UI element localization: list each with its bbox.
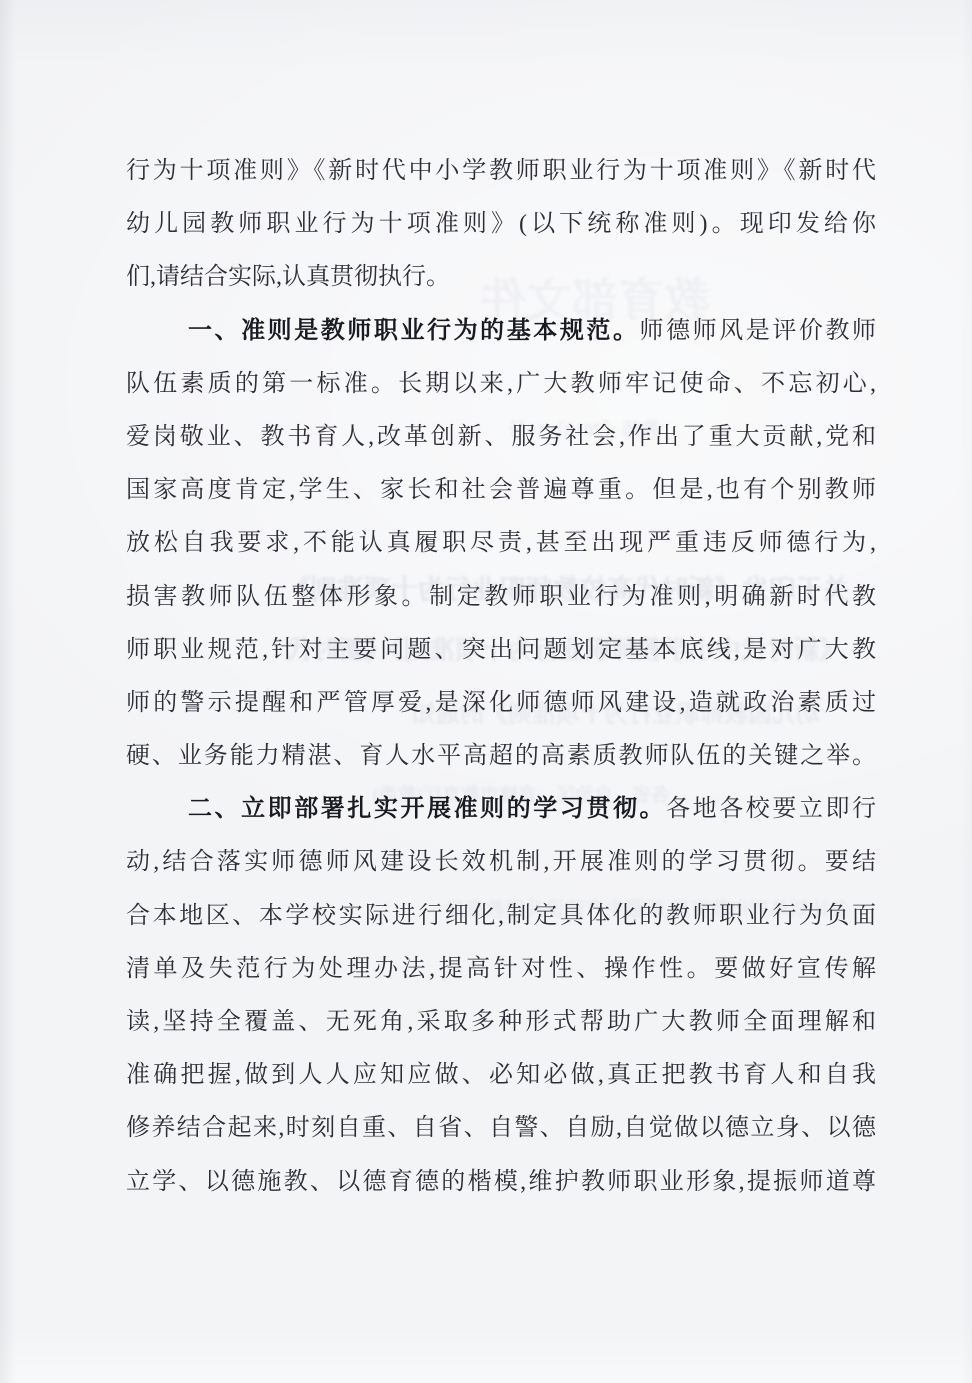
- text-line: 一、准则是教师职业行为的基本规范。师德师风是评价教师: [126, 305, 876, 358]
- line-text: 硬、业务能力精湛、育人水平高超的高素质教师队伍的关键之举。: [126, 743, 876, 769]
- section-heading-1: 一、准则是教师职业行为的基本规范。: [188, 318, 640, 344]
- text-line: 准确把握,做到人人应知应做、必知必做,真正把教书育人和自我: [126, 1049, 876, 1102]
- line-text: 损害教师队伍整体形象。制定教师职业行为准则,明确新时代教: [126, 584, 876, 610]
- text-line: 幼儿园教师职业行为十项准则》(以下统称准则)。现印发给你: [126, 198, 876, 251]
- line-text: 修养结合起来,时刻自重、自省、自警、自励,自觉做以德立身、以德: [126, 1115, 876, 1141]
- text-line: 修养结合起来,时刻自重、自省、自警、自励,自觉做以德立身、以德: [126, 1102, 876, 1155]
- line-text: 爱岗敬业、教书育人,改革创新、服务社会,作出了重大贡献,党和: [126, 424, 876, 450]
- text-line: 们,请结合实际,认真贯彻执行。: [126, 251, 876, 304]
- text-line: 放松自我要求,不能认真履职尽责,甚至出现严重违反师德行为,: [126, 517, 876, 570]
- line-text: 准确把握,做到人人应知应做、必知必做,真正把教书育人和自我: [126, 1062, 876, 1088]
- text-line: 队伍素质的第一标准。长期以来,广大教师牢记使命、不忘初心,: [126, 358, 876, 411]
- line-text: 立学、以德施教、以德育德的楷模,维护教师职业形象,提振师道尊: [126, 1169, 876, 1195]
- text-line: 国家高度肯定,学生、家长和社会普遍尊重。但是,也有个别教师: [126, 464, 876, 517]
- text-line: 师的警示提醒和严管厚爱,是深化师德师风建设,造就政治素质过: [126, 677, 876, 730]
- line-text: 幼儿园教师职业行为十项准则》(以下统称准则)。现印发给你: [126, 211, 876, 237]
- text-line: 行为十项准则》《新时代中小学教师职业行为十项准则》《新时代: [126, 145, 876, 198]
- line-text: 合本地区、本学校实际进行细化,制定具体化的教师职业行为负面: [126, 903, 876, 929]
- text-line: 立学、以德施教、以德育德的楷模,维护教师职业形象,提振师道尊: [126, 1156, 876, 1209]
- line-text: 国家高度肯定,学生、家长和社会普遍尊重。但是,也有个别教师: [126, 477, 876, 503]
- text-line: 二、立即部署扎实开展准则的学习贯彻。各地各校要立即行: [126, 783, 876, 836]
- scanned-document-page: 教育部文件 教师〔2018〕16号 关于印发《新时代高校教师职业行为十项准则》 …: [0, 0, 972, 1383]
- line-text: 师职业规范,针对主要问题、突出问题划定基本底线,是对广大教: [126, 637, 876, 663]
- line-text: 队伍素质的第一标准。长期以来,广大教师牢记使命、不忘初心,: [126, 371, 876, 397]
- text-line: 合本地区、本学校实际进行细化,制定具体化的教师职业行为负面: [126, 890, 876, 943]
- text-line: 清单及失范行为处理办法,提高针对性、操作性。要做好宣传解: [126, 943, 876, 996]
- line-text: 师德师风是评价教师: [640, 318, 876, 344]
- text-line: 硬、业务能力精湛、育人水平高超的高素质教师队伍的关键之举。: [126, 730, 876, 783]
- section-heading-2: 二、立即部署扎实开展准则的学习贯彻。: [188, 796, 666, 822]
- line-text: 各地各校要立即行: [666, 796, 876, 822]
- text-line: 爱岗敬业、教书育人,改革创新、服务社会,作出了重大贡献,党和: [126, 411, 876, 464]
- line-text: 们,请结合实际,认真贯彻执行。: [126, 264, 450, 290]
- line-text: 师的警示提醒和严管厚爱,是深化师德师风建设,造就政治素质过: [126, 690, 876, 716]
- line-text: 放松自我要求,不能认真履职尽责,甚至出现严重违反师德行为,: [126, 530, 876, 556]
- line-text: 清单及失范行为处理办法,提高针对性、操作性。要做好宣传解: [126, 956, 876, 982]
- text-line: 损害教师队伍整体形象。制定教师职业行为准则,明确新时代教: [126, 571, 876, 624]
- line-text: 动,结合落实师德师风建设长效机制,开展准则的学习贯彻。要结: [126, 849, 876, 875]
- text-line: 师职业规范,针对主要问题、突出问题划定基本底线,是对广大教: [126, 624, 876, 677]
- text-line: 读,坚持全覆盖、无死角,采取多种形式帮助广大教师全面理解和: [126, 996, 876, 1049]
- text-line: 动,结合落实师德师风建设长效机制,开展准则的学习贯彻。要结: [126, 836, 876, 889]
- line-text: 读,坚持全覆盖、无死角,采取多种形式帮助广大教师全面理解和: [126, 1009, 876, 1035]
- line-text: 行为十项准则》《新时代中小学教师职业行为十项准则》《新时代: [126, 158, 876, 184]
- document-body: 行为十项准则》《新时代中小学教师职业行为十项准则》《新时代 幼儿园教师职业行为十…: [126, 145, 876, 1209]
